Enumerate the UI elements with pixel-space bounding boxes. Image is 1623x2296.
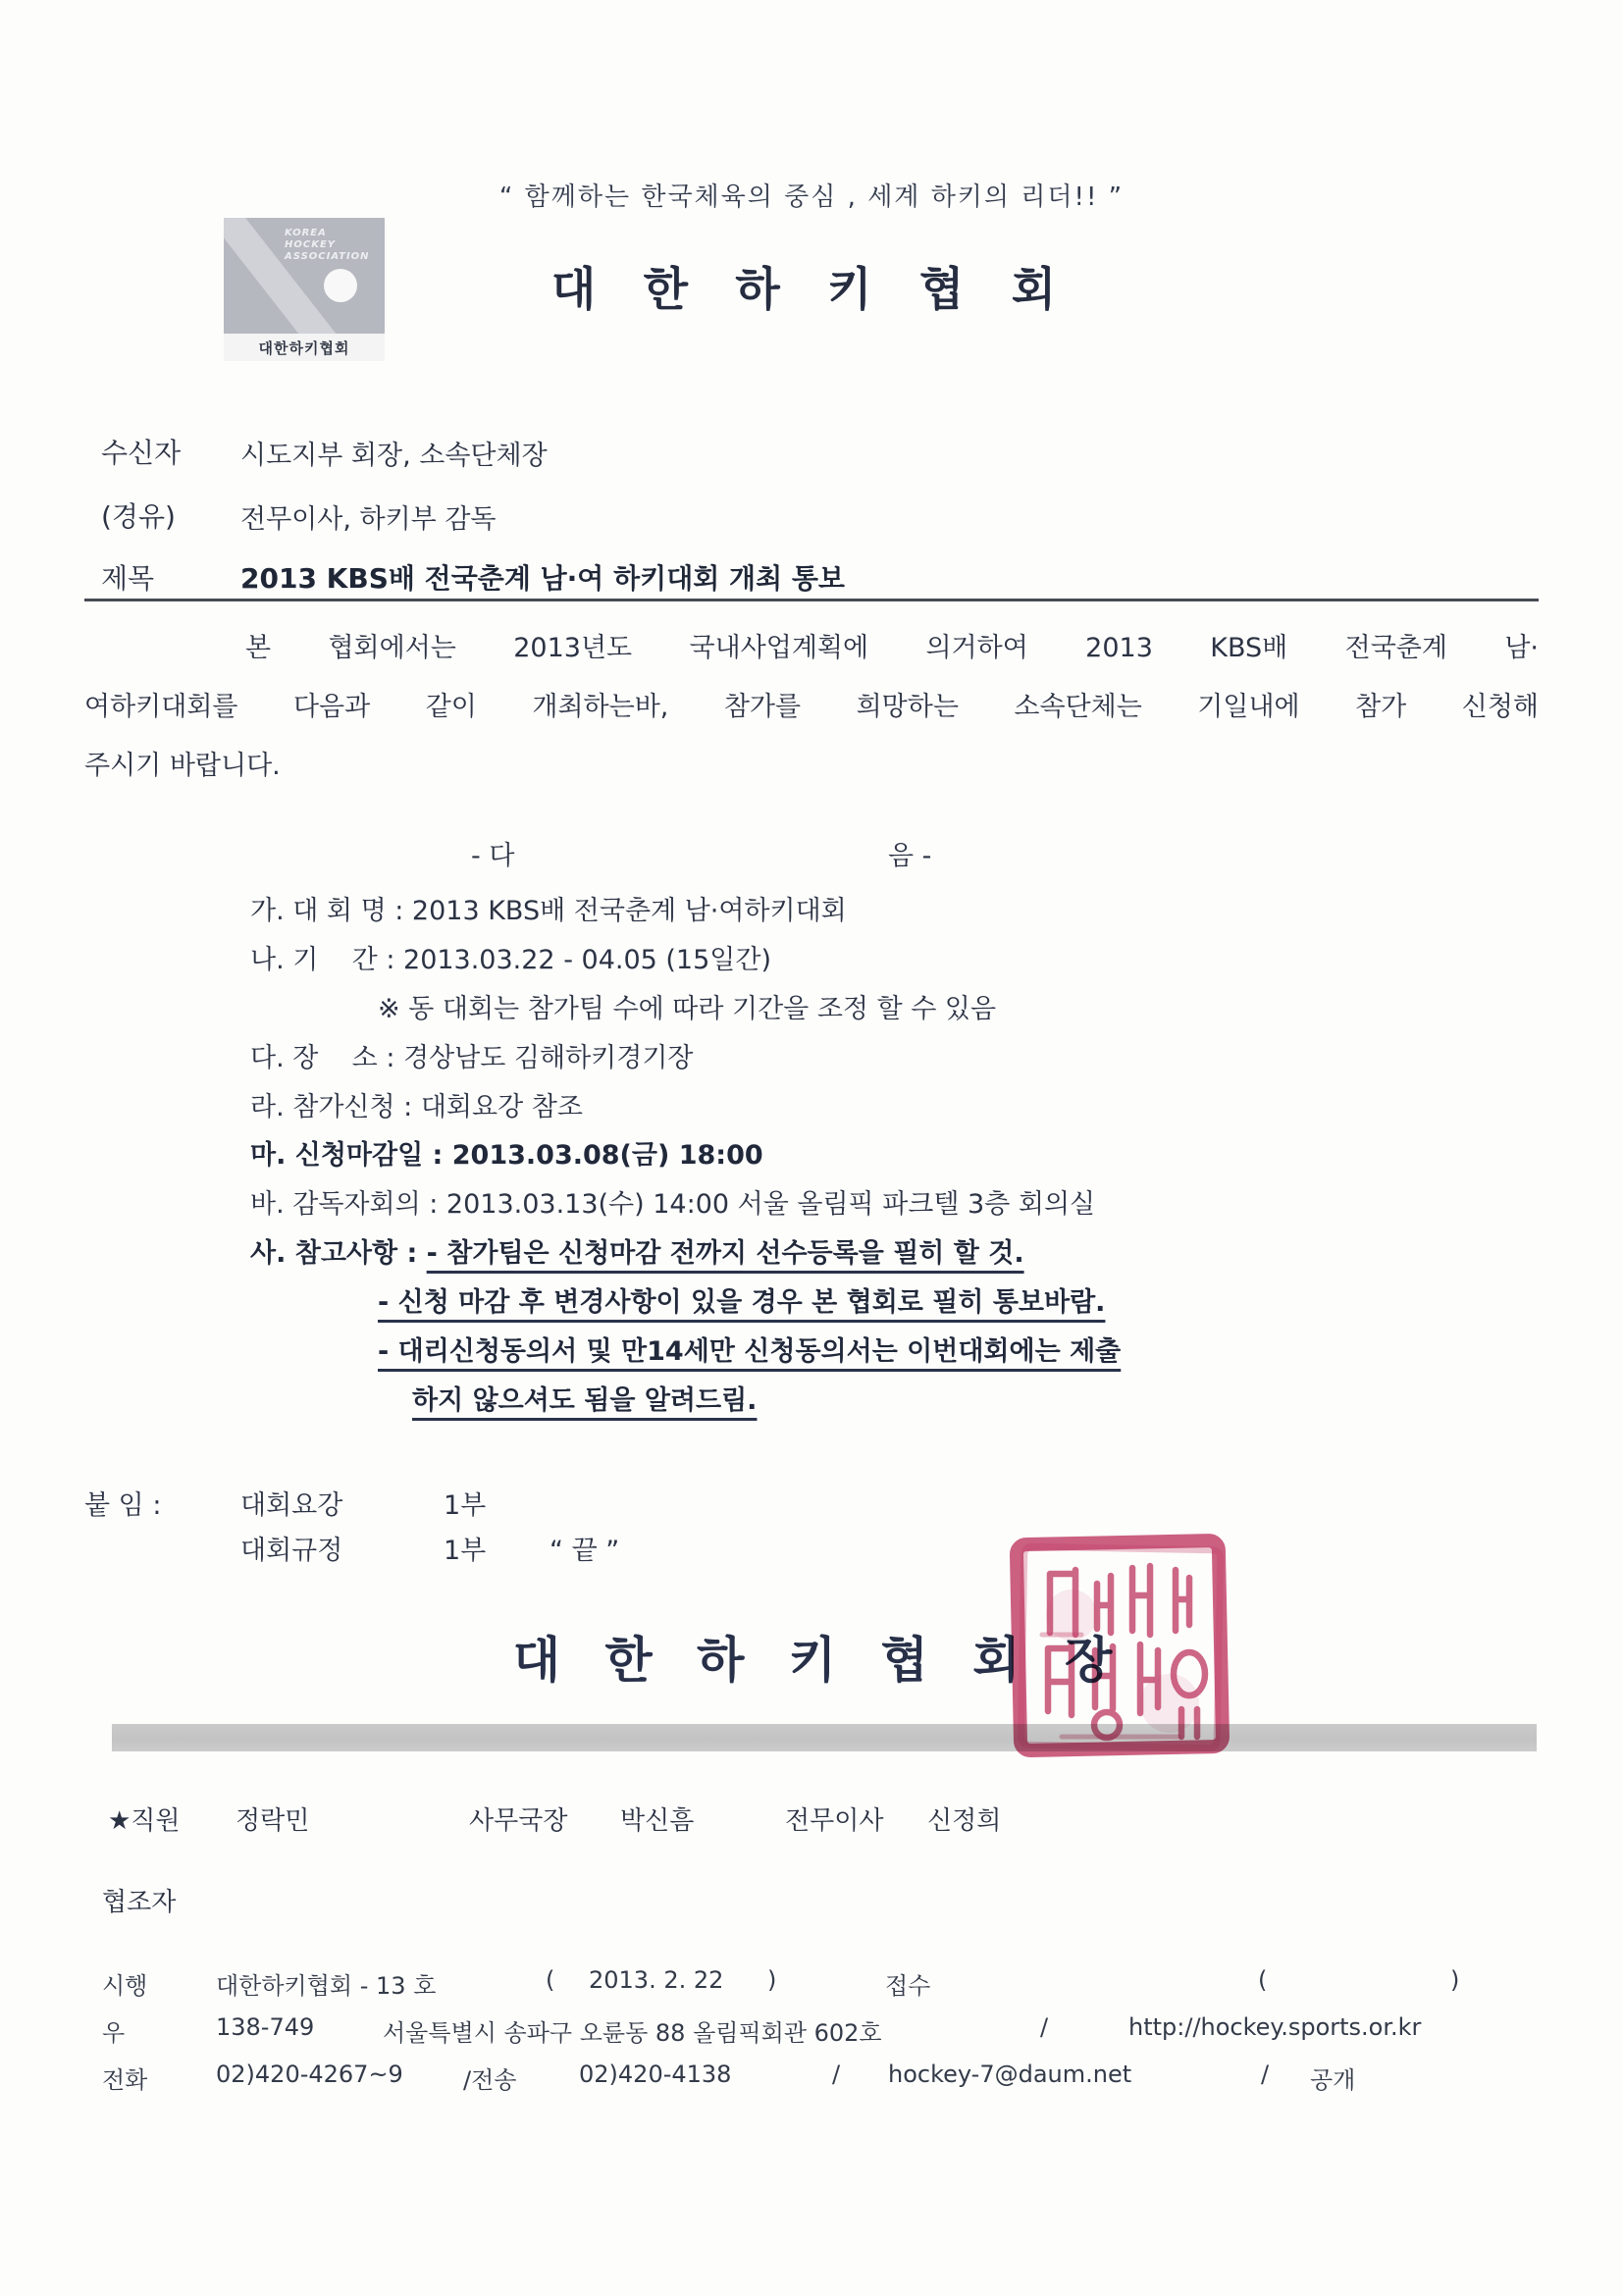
website-url: http://hockey.sports.or.kr	[1128, 2013, 1421, 2041]
divider-bar	[112, 1724, 1537, 1751]
item-sa-cont3: 하지 않으셔도 됨을 알려드림.	[412, 1384, 757, 1418]
recipient-value: 시도지부 회장, 소속단체장	[240, 441, 548, 471]
item-ma-label: 마. 신청마감일 :	[250, 1140, 452, 1171]
item-ba: 바. 감독자회의 : 2013.03.13(수) 14:00 서울 올림픽 파크…	[250, 1188, 1095, 1222]
daeum-left: - 다	[471, 834, 514, 872]
item-ma-value: 2013.03.08(금) 18:00	[452, 1140, 763, 1171]
item-ra-value: 대회요강 참조	[421, 1092, 583, 1122]
receipt-paren-close: )	[1450, 1966, 1459, 1994]
date-paren-open: (	[546, 1966, 554, 1994]
doc-number: 대한하키협회 - 13 호	[216, 1966, 436, 2001]
email-separator: /	[832, 2061, 840, 2088]
staff-role-3: 전무이사	[785, 1800, 883, 1837]
subject-label: 제목	[101, 562, 154, 595]
body-line-1: 본 협회에서는 2013년도 국내사업계획에 의거하여 2013 KBS배 전국…	[245, 626, 1539, 664]
attachment2-count: 1부	[444, 1529, 486, 1567]
organization-title: 대 한 하 키 협 회	[0, 253, 1623, 319]
item-sa: 사. 참고사항 : - 참가팀은 신청마감 전까지 선수등록을 필히 할 것.	[250, 1237, 1024, 1271]
staff-role-2: 사무국장	[469, 1800, 567, 1837]
item-na-value: 2013.03.22 - 04.05 (15일간)	[403, 945, 771, 975]
attachment-label: 붙 임 :	[84, 1484, 170, 1522]
attachment1-name: 대회요강	[240, 1484, 342, 1522]
item-sa-value: - 참가팀은 신청마감 전까지 선수등록을 필히 할 것.	[427, 1238, 1024, 1269]
signature-title: 대 한 하 키 협 회 장	[0, 1621, 1623, 1692]
subject-divider	[84, 599, 1539, 601]
zip-label: 우	[102, 2013, 125, 2048]
via-value-wrap: 전무이사, 하키부 감독	[240, 497, 497, 536]
item-da: 다. 장 소 : 경상남도 김해하키경기장	[250, 1042, 694, 1075]
address: 서울특별시 송파구 오륜동 88 올림픽회관 602호	[383, 2013, 882, 2048]
daeum-right: 음 -	[888, 834, 931, 872]
attachment1-count: 1부	[444, 1484, 486, 1522]
issue-date: 2013. 2. 22	[589, 1966, 723, 1994]
item-sa-label: 사. 참고사항 :	[250, 1238, 427, 1269]
item-na: 나. 기 간 : 2013.03.22 - 04.05 (15일간)	[250, 944, 771, 977]
staff-name-1: 정락민	[236, 1800, 309, 1837]
via-row: (경유)	[101, 496, 176, 535]
recipient-row: 수신자	[101, 432, 181, 471]
staff-name-3: 신정희	[927, 1800, 1001, 1837]
body-line-3: 주시기 바랍니다.	[84, 744, 281, 782]
disclosure-separator: /	[1261, 2061, 1269, 2088]
end-mark: “ 끝 ”	[550, 1529, 619, 1567]
disclosure-label: 공개	[1310, 2061, 1355, 2095]
item-da-label: 다. 장 소 :	[250, 1043, 403, 1073]
attachment2-name: 대회규정	[240, 1529, 342, 1567]
recipient-label: 수신자	[101, 437, 181, 469]
item-ba-label: 바. 감독자회의 :	[250, 1189, 446, 1220]
item-da-value: 경상남도 김해하키경기장	[403, 1043, 693, 1073]
cooperator-label: 협조자	[102, 1882, 176, 1918]
scanned-document-page: “ 함께하는 한국체육의 중심 , 세계 하키의 리더!! ” KOREA HO…	[0, 0, 1623, 2296]
header-slogan: “ 함께하는 한국체육의 중심 , 세계 하키의 리더!! ”	[0, 177, 1623, 213]
item-sa-cont1-text: - 신청 마감 후 변경사항이 있을 경우 본 협회로 필히 통보바람.	[378, 1287, 1105, 1318]
fax-number: 02)420-4138	[579, 2061, 731, 2088]
via-value: 전무이사, 하키부 감독	[240, 504, 497, 535]
subject-row: 제목	[101, 557, 154, 597]
address-separator: /	[1040, 2013, 1048, 2041]
staff-role-1: ★직원	[108, 1800, 181, 1837]
item-sa-cont3-text: 하지 않으셔도 됨을 알려드림.	[412, 1385, 757, 1416]
item-ba-value: 2013.03.13(수) 14:00 서울 올림픽 파크텔 3층 회의실	[446, 1189, 1095, 1220]
via-label: (경유)	[101, 500, 176, 533]
item-sa-cont2: - 대리신청동의서 및 만14세만 신청동의서는 이번대회에는 제출	[378, 1335, 1121, 1369]
item-sa-cont1: - 신청 마감 후 변경사항이 있을 경우 본 협회로 필히 통보바람.	[378, 1286, 1105, 1320]
staff-name-2: 박신흠	[620, 1800, 694, 1837]
item-ga: 가. 대 회 명 : 2013 KBS배 전국춘계 남·여하키대회	[250, 895, 847, 928]
phone-number: 02)420-4267~9	[216, 2061, 403, 2088]
item-ra: 라. 참가신청 : 대회요강 참조	[250, 1091, 583, 1124]
item-ra-label: 라. 참가신청 :	[250, 1092, 421, 1122]
receipt-paren-open: (	[1258, 1966, 1267, 1994]
date-paren-close: )	[767, 1966, 776, 1994]
email-address: hockey-7@daum.net	[888, 2061, 1131, 2088]
recipient-value-wrap: 시도지부 회장, 소속단체장	[240, 434, 548, 472]
zip-code: 138-749	[216, 2013, 314, 2041]
item-sa-cont2-text: - 대리신청동의서 및 만14세만 신청동의서는 이번대회에는 제출	[378, 1336, 1121, 1367]
fax-label: /전송	[463, 2061, 516, 2095]
logo-text-line1: KOREA	[285, 228, 370, 239]
item-note-text: ※ 동 대회는 참가팀 수에 따라 기간을 조정 할 수 있음	[378, 994, 996, 1024]
phone-label: 전화	[102, 2061, 147, 2095]
logo-text-line2: HOCKEY	[285, 239, 370, 251]
item-ma: 마. 신청마감일 : 2013.03.08(금) 18:00	[250, 1139, 763, 1173]
receipt-label: 접수	[885, 1966, 930, 2001]
subject-value: 2013 KBS배 전국춘계 남·여 하키대회 개최 통보	[240, 562, 845, 595]
logo-caption: 대한하키협회	[224, 334, 385, 361]
issue-label: 시행	[102, 1966, 147, 2001]
item-ga-label: 가. 대 회 명 :	[250, 896, 412, 926]
official-seal-stamp	[1003, 1527, 1240, 1768]
item-na-label: 나. 기 간 :	[250, 945, 403, 975]
body-line-2: 여하키대회를 다음과 같이 개최하는바, 참가를 희망하는 소속단체는 기일내에…	[84, 685, 1539, 723]
item-ga-value: 2013 KBS배 전국춘계 남·여하키대회	[412, 896, 847, 926]
item-note: ※ 동 대회는 참가팀 수에 따라 기간을 조정 할 수 있음	[378, 993, 996, 1026]
subject-value-wrap: 2013 KBS배 전국춘계 남·여 하키대회 개최 통보	[240, 557, 845, 597]
